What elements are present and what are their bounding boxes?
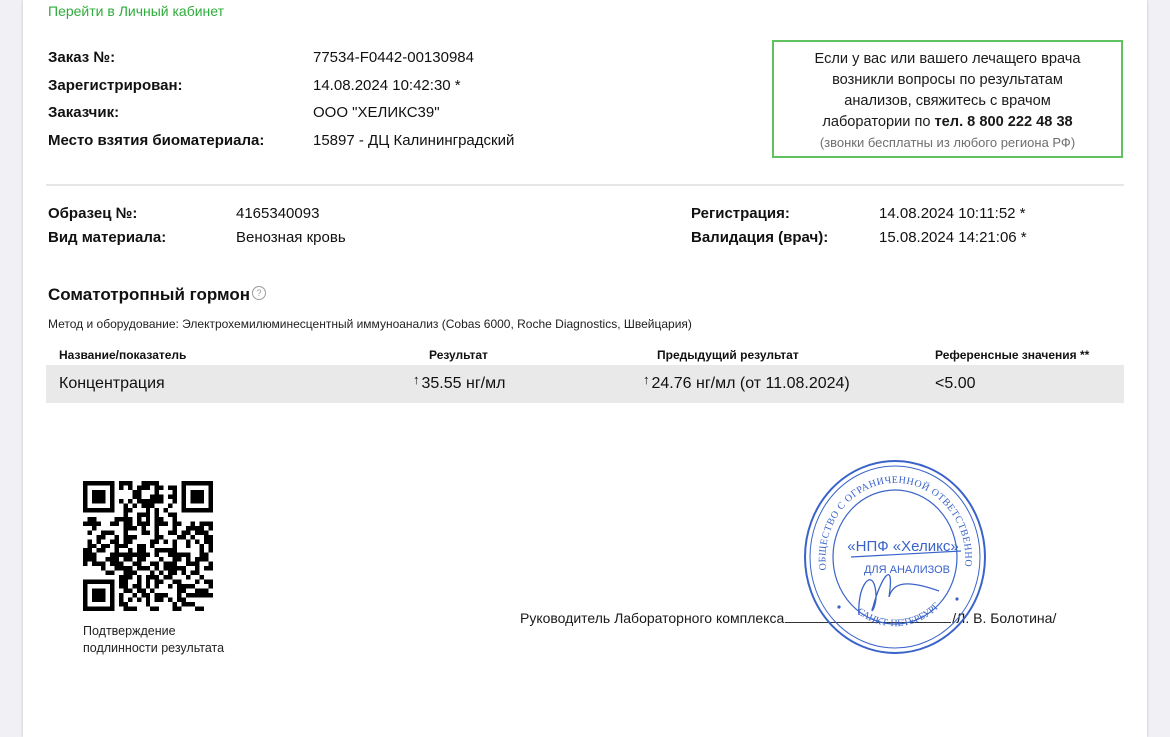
sample-number-row: Образец №: 4165340093 (48, 202, 346, 226)
registration-label: Регистрация: (691, 202, 879, 226)
validation-row: Валидация (врач): 15.08.2024 14:21:06 * (691, 226, 1027, 250)
test-method: Метод и оборудование: Электрохемилюминес… (48, 317, 692, 331)
order-number-value: 77534-F0442-00130984 (313, 44, 474, 72)
contact-line-4: лаборатории по тел. 8 800 222 48 38 (774, 112, 1121, 133)
result-value: 35.55 нг/мл (422, 375, 506, 392)
registered-label: Зарегистрирован: (48, 72, 313, 100)
qr-caption-line-2: подлинности результата (83, 640, 224, 657)
collection-site-label: Место взятия биоматериала: (48, 127, 313, 155)
qr-code-icon (83, 481, 213, 611)
order-info: Заказ №: 77534-F0442-00130984 Зарегистри… (48, 44, 514, 154)
help-icon[interactable]: ? (252, 286, 266, 300)
contact-line-3: анализов, свяжитесь с врачом (774, 91, 1121, 112)
sample-dates: Регистрация: 14.08.2024 10:11:52 * Валид… (691, 202, 1027, 250)
signer-role: Руководитель Лабораторного комплекса (520, 610, 784, 626)
collection-site-value: 15897 - ДЦ Калининградский (313, 127, 514, 155)
collection-site-row: Место взятия биоматериала: 15897 - ДЦ Ка… (48, 127, 514, 155)
cell-indicator-name: Концентрация (46, 375, 391, 393)
cell-result: ↑35.55 нг/мл (391, 375, 624, 393)
column-header-result: Результат (391, 348, 624, 362)
registered-row: Зарегистрирован: 14.08.2024 10:42:30 * (48, 72, 514, 100)
results-table: Название/показатель Результат Предыдущий… (46, 344, 1124, 403)
lab-report-page: Перейти в Личный кабинет Заказ №: 77534-… (23, 0, 1147, 737)
contact-line-2: возникли вопросы по результатам (774, 70, 1121, 91)
contact-line-1: Если у вас или вашего лечащего врача (774, 49, 1121, 70)
personal-cabinet-link[interactable]: Перейти в Личный кабинет (48, 3, 224, 19)
customer-value: ООО "ХЕЛИКС39" (313, 99, 440, 127)
previous-result-value: 24.76 нг/мл (от 11.08.2024) (652, 375, 850, 392)
contact-note: (звонки бесплатны из любого региона РФ) (774, 133, 1121, 153)
qr-caption: Подтверждение подлинности результата (83, 623, 224, 657)
validation-label: Валидация (врач): (691, 226, 879, 250)
material-type-value: Венозная кровь (236, 226, 346, 250)
qr-code[interactable] (83, 481, 213, 611)
stamp-city-text: САНКТ-ПЕТЕРБУРГ (855, 600, 942, 629)
test-title: Соматотропный гормон? (48, 285, 266, 305)
sample-info: Образец №: 4165340093 Вид материала: Вен… (48, 202, 346, 250)
registration-value: 14.08.2024 10:11:52 * (879, 202, 1026, 226)
customer-label: Заказчик: (48, 99, 313, 127)
order-number-row: Заказ №: 77534-F0442-00130984 (48, 44, 514, 72)
cell-previous-result: ↑24.76 нг/мл (от 11.08.2024) (624, 375, 916, 393)
cell-reference: <5.00 (916, 375, 1124, 393)
material-type-row: Вид материала: Венозная кровь (48, 226, 346, 250)
order-number-label: Заказ №: (48, 44, 313, 72)
test-title-text: Соматотропный гормон (48, 285, 250, 304)
sample-number-label: Образец №: (48, 202, 236, 226)
contact-line-4-prefix: лаборатории по (822, 114, 934, 130)
column-header-previous: Предыдущий результат (624, 348, 916, 362)
registration-row: Регистрация: 14.08.2024 10:11:52 * (691, 202, 1027, 226)
svg-text:САНКТ-ПЕТЕРБУРГ: САНКТ-ПЕТЕРБУРГ (855, 600, 942, 629)
sample-number-value: 4165340093 (236, 202, 319, 226)
contact-phone[interactable]: тел. 8 800 222 48 38 (935, 114, 1073, 130)
material-type-label: Вид материала: (48, 226, 236, 250)
customer-row: Заказчик: ООО "ХЕЛИКС39" (48, 99, 514, 127)
qr-caption-line-1: Подтверждение (83, 623, 224, 640)
table-row: Концентрация ↑35.55 нг/мл ↑24.76 нг/мл (… (46, 365, 1124, 403)
column-header-name: Название/показатель (46, 348, 391, 362)
arrow-up-icon: ↑ (413, 372, 420, 387)
column-header-reference: Референсные значения ** (916, 348, 1124, 362)
doctor-contact-box: Если у вас или вашего лечащего врача воз… (772, 40, 1123, 158)
registered-value: 14.08.2024 10:42:30 * (313, 72, 461, 100)
section-divider (46, 184, 1124, 186)
stamp-subtitle: ДЛЯ АНАЛИЗОВ (864, 564, 950, 576)
stamp-company-name: «НПФ «Хеликс» (847, 538, 958, 555)
company-stamp-icon: ОБЩЕСТВО С ОГРАНИЧЕННОЙ ОТВЕТСТВЕННОСТЬЮ… (799, 457, 991, 657)
arrow-up-icon: ↑ (643, 372, 650, 387)
validation-value: 15.08.2024 14:21:06 * (879, 226, 1027, 250)
results-table-header: Название/показатель Результат Предыдущий… (46, 344, 1124, 365)
